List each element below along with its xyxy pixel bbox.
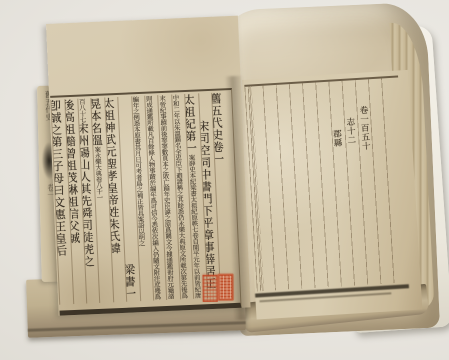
right-page: 卷一百五十 志十二 郡縣	[242, 70, 422, 320]
left-page: 舊五代史卷一 宋司空同中書門下平章事薛居正等撰 太祖紀第一案薛史本紀梁書太祖紀原…	[46, 16, 251, 316]
treatise-12-label: 志十二	[343, 117, 358, 145]
cover-board-shadow-line	[28, 321, 246, 332]
section-title-bottom: 梁書一	[126, 263, 141, 300]
seal-left-half	[203, 275, 218, 302]
photo-of-open-chinese-book: 卷一百五十 志十二 郡縣 舊五代史 卷一 舊五代史卷一 宋司空同中書門下平章事薛…	[0, 0, 449, 360]
empty-column-rules	[249, 78, 404, 291]
commanderies-counties-label: 郡縣	[329, 129, 343, 148]
red-collector-seal	[203, 274, 234, 301]
volume-150-label: 卷一百五十	[356, 105, 372, 151]
